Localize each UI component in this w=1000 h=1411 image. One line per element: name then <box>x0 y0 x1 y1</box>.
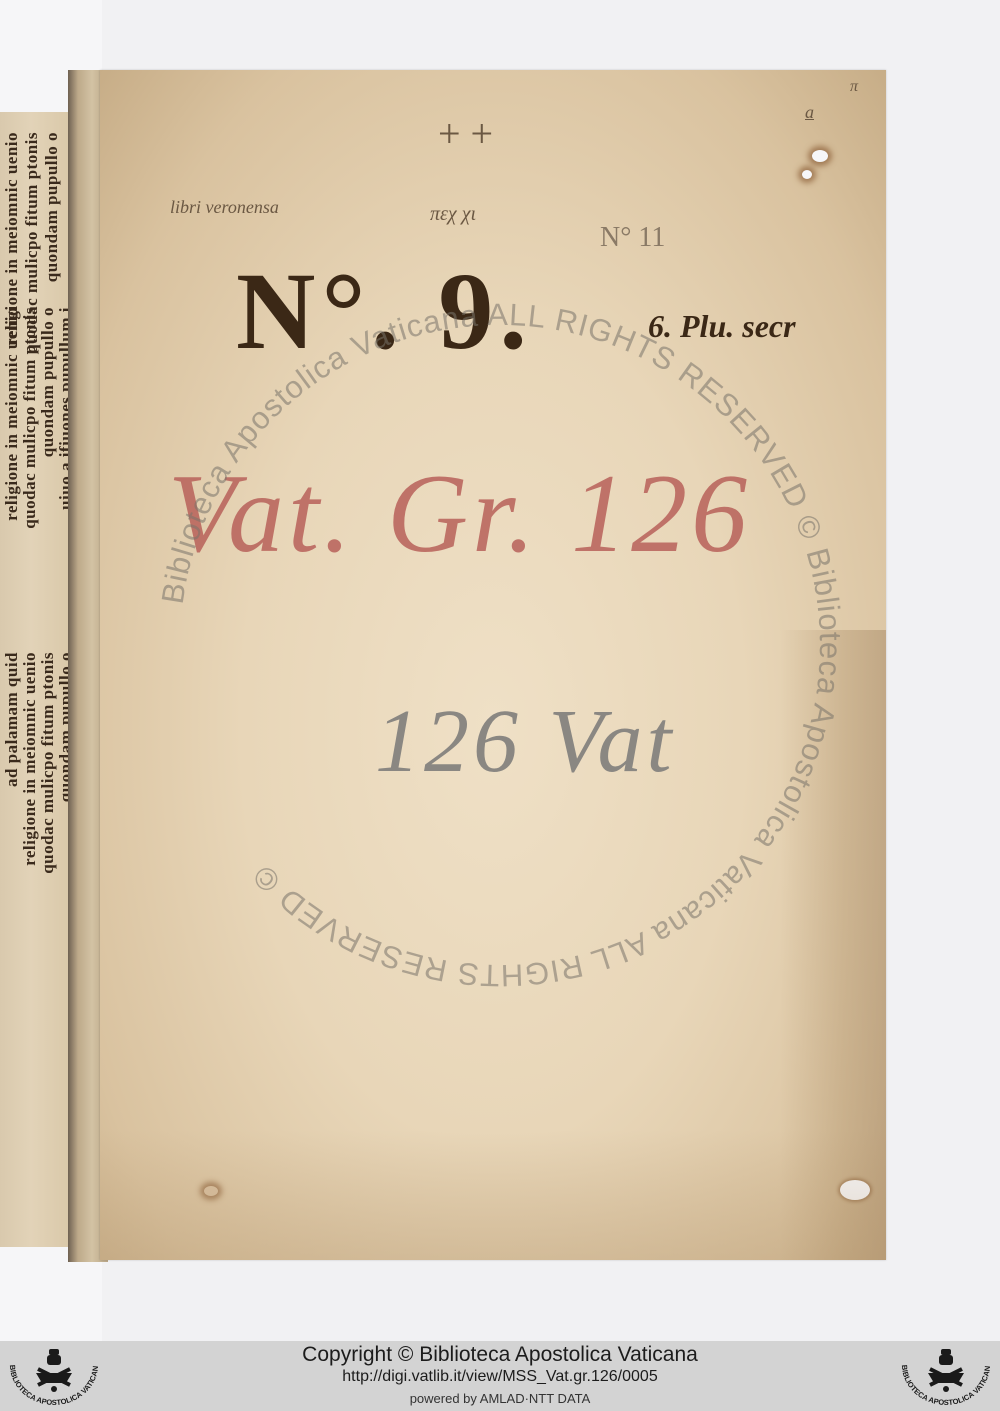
printed-line: quodac mulicpo fitum ptonis <box>38 652 58 874</box>
printed-line: religione in meiomnic uenio <box>20 652 40 866</box>
copyright-text: Copyright © Biblioteca Apostolica Vatica… <box>0 1343 1000 1367</box>
worm-hole <box>812 150 828 162</box>
plut-note: 6. Plu. secr <box>648 308 796 345</box>
upper-right-number: N° 11 <box>600 222 665 254</box>
printed-line: quondam pupullo o <box>38 307 58 457</box>
pencil-shelfmark: 126 Vat <box>375 690 676 793</box>
printed-text-block-middle: religione in meiomnic uenio quodac mulic… <box>0 307 78 687</box>
top-right-letter: a <box>805 102 814 123</box>
printed-line: quondam pupullo o <box>42 132 62 282</box>
worm-hole <box>802 170 812 179</box>
red-crayon-shelfmark: Vat. Gr. 126 <box>168 450 751 579</box>
printed-line: quodac mulicpo fitum ptonis <box>20 307 40 529</box>
top-right-mark: π <box>850 78 858 96</box>
top-left-note: libri veronensa <box>170 197 279 218</box>
top-middle-note: πεχ χι <box>430 203 476 226</box>
vatican-library-logo-right: BIBLIOTECA APOSTOLICA VATICANA <box>894 1343 998 1409</box>
worm-hole <box>840 1180 870 1200</box>
printed-text-block-lower: ad palamam quid religione in meiomnic ue… <box>0 652 78 1072</box>
stain <box>204 1186 218 1196</box>
large-number: N°. 9. <box>236 248 533 375</box>
manuscript-image-viewer: religione in meiomnic uenio quodac mulic… <box>0 0 1000 1341</box>
manuscript-url[interactable]: http://digi.vatlib.it/view/MSS_Vat.gr.12… <box>0 1368 1000 1386</box>
previous-leaf-fragment: religione in meiomnic uenio quodac mulic… <box>0 112 78 1247</box>
printed-line: religione in meiomnic uenio <box>2 307 22 521</box>
parchment-leaf: libri veronensa πεχ χι + + π a N° 11 N°.… <box>100 70 886 1260</box>
cross-marks: + + <box>438 110 493 157</box>
copyright-footer: BIBLIOTECA APOSTOLICA VATICANA Copyright… <box>0 1341 1000 1411</box>
powered-by-text: powered by AMLAD·NTT DATA <box>0 1391 1000 1406</box>
printed-line: ad palamam quid <box>2 652 22 787</box>
